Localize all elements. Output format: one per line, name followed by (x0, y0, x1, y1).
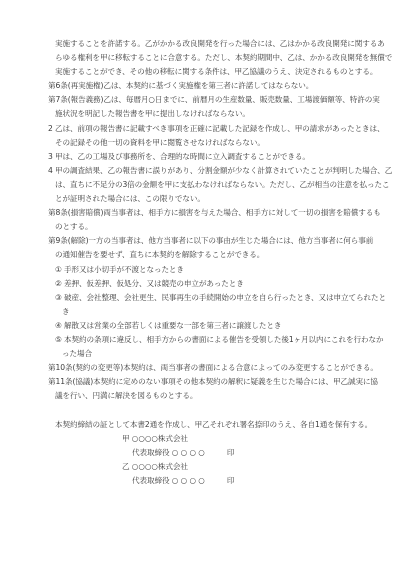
article-7-clause-4: 4 甲の調査結果、乙の報告書に誤りがあり、分割金額が少なく計算されていたことが判… (48, 164, 368, 178)
article-8: 第8条(損害賠償)両当事者は、相手方に損害を与えた場合、相手方に対して一切の損害… (48, 206, 368, 220)
text-line: 施状況を明記した報告書を甲に提出しなければならない。 (48, 107, 368, 121)
representative-label: 代表取締役 ○ ○ ○ ○ (132, 476, 205, 485)
party-b-name: 乙 ○○○○株式会社 (48, 460, 368, 474)
text-line: 実施することができ、その他の移転に関する条件は、甲乙協議のうえ、決定されるものと… (48, 65, 368, 79)
text-line: き (48, 305, 368, 319)
article-7: 第7条(報告義務)乙は、毎暦月○日までに、前暦月の生産数量、販売数量、工場渡価額… (48, 93, 368, 107)
contract-body: 実施することを許諾する。乙がかかる改良開発を行った場合には、乙はかかる改良開発に… (48, 37, 368, 488)
list-item: ② 差押、仮差押、仮処分、又は競売の申立があったとき (48, 277, 368, 291)
text-line: った場合 (48, 347, 368, 361)
article-7-clause-2: 2 乙は、前項の報告書に記載すべき事項を正確に記載した記録を作成し、甲の請求があ… (48, 122, 368, 136)
text-line: とが証明された場合には、この限りでない。 (48, 192, 368, 206)
document-page: 実施することを許諾する。乙がかかる改良開発を行った場合には、乙はかかる改良開発に… (0, 0, 410, 580)
text-line: その記録その他一切の資料を甲に閲覧させなければならない。 (48, 136, 368, 150)
article-11: 第11条(協議)本契約に定めのない事項その他本契約の解釈に疑義を生じた場合には、… (48, 375, 368, 389)
party-a-representative: 代表取締役 ○ ○ ○ ○印 (48, 446, 368, 460)
representative-label: 代表取締役 ○ ○ ○ ○ (132, 448, 205, 457)
text-line: らゆる権利を甲に移転することに合意する。ただし、本契約期間中、乙は、かかる改良開… (48, 51, 368, 65)
spacer (48, 403, 368, 417)
list-item: ④ 解散又は営業の全部若しくは重要な一部を第三者に譲渡したとき (48, 319, 368, 333)
article-6: 第6条(再実施権)乙は、本契約に基づく実施権を第三者に許諾してはならない。 (48, 79, 368, 93)
text-line: は、直ちに不足分の3倍の金額を甲に支払わなければならない。ただし、乙が相当の注意… (48, 178, 368, 192)
text-line: のとする。 (48, 220, 368, 234)
text-line: 議を行い、円満に解決を図るものとする。 (48, 389, 368, 403)
text-line: の通知催告を要せず、直ちに本契約を解除することができる。 (48, 248, 368, 262)
closing-statement: 本契約締結の証として本書2通を作成し、甲乙それぞれ署名捺印のうえ、各自1通を保有… (48, 418, 368, 432)
list-item: ① 手形又は小切手が不渡となったとき (48, 263, 368, 277)
list-item: ③ 破産、会社整理、会社更生、民事再生の手続開始の申立を自ら行ったとき、又は申立… (48, 291, 368, 305)
article-10: 第10条(契約の変更等)本契約は、両当事者の書面による合意によってのみ変更するこ… (48, 361, 368, 375)
article-9: 第9条(解除)一方の当事者は、他方当事者に以下の事由が生じた場合には、他方当事者… (48, 234, 368, 248)
article-7-clause-3: 3 甲は、乙の工場及び事務所を、合理的な時間に立入調査することができる。 (48, 150, 368, 164)
party-a-name: 甲 ○○○○株式会社 (48, 432, 368, 446)
list-item: ⑤ 本契約の条項に違反し、相手方からの書面による催告を受領した後1ヶ月以内にこれ… (48, 333, 368, 347)
text-line: 実施することを許諾する。乙がかかる改良開発を行った場合には、乙はかかる改良開発に… (48, 37, 368, 51)
seal-mark: 印 (227, 474, 235, 488)
seal-mark: 印 (227, 446, 235, 460)
party-b-representative: 代表取締役 ○ ○ ○ ○印 (48, 474, 368, 488)
